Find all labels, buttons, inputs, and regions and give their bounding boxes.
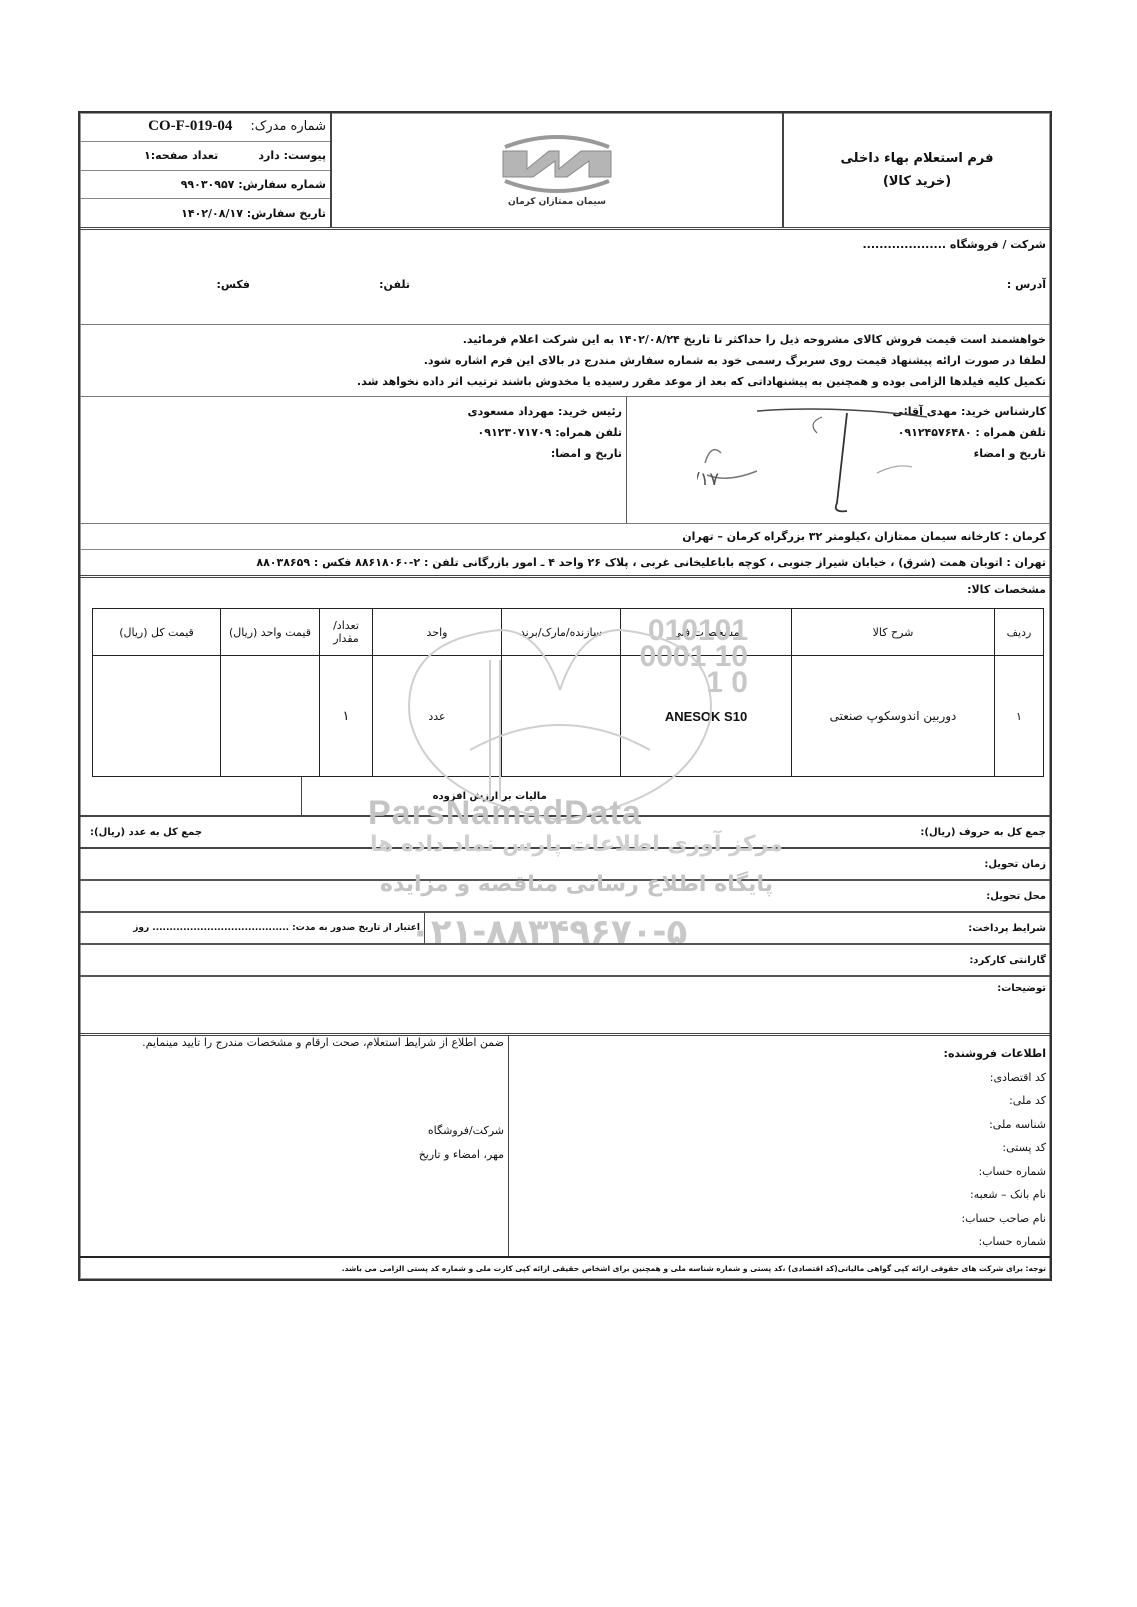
form-title: فرم استعلام بهاء داخلی (خرید کالا) (782, 113, 1050, 227)
seller-field-postal-code[interactable]: کد پستی: (513, 1136, 1046, 1160)
document-meta: شماره مدرک: CO-F-019-04 پیوست: دارد تعدا… (80, 113, 330, 227)
inquiry-form: فرم استعلام بهاء داخلی (خرید کالا) سیمان… (78, 111, 1052, 1281)
title-line-1: فرم استعلام بهاء داخلی (841, 151, 994, 166)
description[interactable]: توضیحات: (80, 977, 1050, 1036)
cell-brand[interactable] (502, 656, 621, 777)
seller-info: اطلاعات فروشنده: کد اقتصادی: کد ملی: شنا… (509, 1036, 1050, 1256)
instructions: خواهشمند است قیمت فروش کالای مشروحه ذیل … (80, 325, 1050, 397)
delivery-time[interactable]: زمان تحویل: (80, 849, 1050, 881)
payment-terms[interactable]: شرایط پرداخت: (425, 923, 1050, 934)
doc-number-label: شماره مدرک: (250, 119, 326, 134)
doc-number: CO-F-019-04 (148, 118, 232, 135)
cell-description: دوربین اندوسکوپ صنعتی (792, 656, 995, 777)
vendor-phone[interactable]: تلفن: (379, 276, 410, 294)
seller-info-title: اطلاعات فروشنده: (513, 1042, 1046, 1066)
instruction-line: تکمیل کلیه فیلدها الزامی بوده و همچنین ب… (84, 371, 1046, 392)
col-row: ردیف (995, 609, 1044, 656)
col-qty: تعداد/مقدار (320, 609, 373, 656)
col-total-price: قیمت کل (ریال) (93, 609, 221, 656)
footnote: توجه: برای شرکت های حقوقی ارائه کپی گواه… (80, 1258, 1050, 1279)
table-row: ۱ دوربین اندوسکوپ صنعتی ANESOK S10 عدد ۱ (93, 656, 1044, 777)
vendor-address[interactable]: آدرس : (1007, 276, 1046, 294)
cell-qty: ۱ (320, 656, 373, 777)
order-date: تاریخ سفارش: ۱۴۰۲/۰۸/۱۷ (80, 199, 330, 227)
purchase-head-name: رئیس خرید: مهرداد مسعودی (468, 401, 622, 422)
order-number: شماره سفارش: ۹۹۰۳۰۹۵۷ (80, 171, 330, 200)
form-header: فرم استعلام بهاء داخلی (خرید کالا) سیمان… (80, 113, 1050, 230)
vendor-company[interactable]: شرکت / فروشگاه .................... (862, 236, 1046, 254)
validity-period[interactable]: اعتبار از تاریخ صدور به مدت: ...........… (80, 913, 425, 943)
kerman-address: کرمان : کارخانه سیمان ممتازان ،کیلومتر ۳… (80, 524, 1050, 550)
seller-field-economic-code[interactable]: کد اقتصادی: (513, 1066, 1046, 1090)
instruction-line: لطفا در صورت ارائه پیشنهاد قیمت روی سربر… (84, 350, 1046, 371)
cell-spec: ANESOK S10 (621, 656, 792, 777)
logo-icon (497, 133, 617, 195)
warranty[interactable]: گارانتی کارکرد: (80, 945, 1050, 977)
total-in-numbers[interactable]: جمع کل به عدد (ریال): (80, 827, 340, 838)
seller-field-account-holder[interactable]: نام صاحب حساب: (513, 1207, 1046, 1231)
seller-section: اطلاعات فروشنده: کد اقتصادی: کد ملی: شنا… (80, 1036, 1050, 1258)
items-label: مشخصات کالا: (80, 578, 1050, 608)
confirm-text: ضمن اطلاع از شرایط استعلام، صحت ارقام و … (142, 1036, 504, 1049)
vat-row: مالیات بر ارزش افزوده (80, 777, 1050, 817)
seller-field-national-id[interactable]: شناسه ملی: (513, 1113, 1046, 1137)
company-logo: سیمان ممتازان کرمان (330, 113, 782, 227)
signature-icon: ۱۴۰۲/۸/۱۷ (697, 403, 937, 513)
buyer-expert: کارشناس خرید: مهدی آقائی تلفن همراه : ۰۹… (626, 397, 1050, 523)
attachment-row: پیوست: دارد تعداد صفحه:۱ (80, 142, 330, 171)
col-unit-price: قیمت واحد (ریال) (221, 609, 320, 656)
page-count: تعداد صفحه:۱ (144, 149, 218, 162)
tehran-address: تهران : اتوبان همت (شرق) ، خیابان شیراز … (80, 550, 1050, 578)
col-brand: سازنده/مارک/برند (502, 609, 621, 656)
purchase-head: رئیس خرید: مهرداد مسعودی تلفن همراه: ۰۹۱… (464, 397, 626, 523)
contacts-section: کارشناس خرید: مهدی آقائی تلفن همراه : ۰۹… (80, 397, 1050, 524)
instruction-line: خواهشمند است قیمت فروش کالای مشروحه ذیل … (84, 329, 1046, 350)
delivery-place[interactable]: محل تحویل: (80, 881, 1050, 913)
cell-unit-price[interactable] (221, 656, 320, 777)
purchase-head-sign-label: تاریخ و امضا: (468, 443, 622, 464)
col-description: شرح کالا (792, 609, 995, 656)
logo-caption: سیمان ممتازان کرمان (508, 197, 606, 207)
total-in-words[interactable]: جمع کل به حروف (ریال): (340, 827, 1050, 838)
seller-field-bank-branch[interactable]: نام بانک – شعبه: (513, 1183, 1046, 1207)
attachment: پیوست: دارد (258, 149, 326, 162)
stamp-sign-date-label[interactable]: مهر، امضاء و تاریخ (419, 1148, 504, 1161)
col-unit: واحد (373, 609, 502, 656)
cell-total-price[interactable] (93, 656, 221, 777)
vat-value[interactable] (80, 777, 301, 815)
seller-company-label: شرکت/فروشگاه (428, 1124, 504, 1137)
seller-field-account-number-2[interactable]: شماره حساب: (513, 1230, 1046, 1254)
vat-label: مالیات بر ارزش افزوده (301, 777, 677, 815)
seller-field-national-code[interactable]: کد ملی: (513, 1089, 1046, 1113)
payment-row: شرایط پرداخت: اعتبار از تاریخ صدور به مد… (80, 913, 1050, 945)
vendor-fax[interactable]: فکس: (216, 276, 250, 294)
title-line-2: (خرید کالا) (883, 174, 951, 189)
vendor-section: شرکت / فروشگاه .................... آدرس… (80, 230, 1050, 325)
purchase-head-mobile: تلفن همراه: ۰۹۱۲۳۰۷۱۷۰۹ (468, 422, 622, 443)
cell-row: ۱ (995, 656, 1044, 777)
seller-field-account-number[interactable]: شماره حساب: (513, 1160, 1046, 1184)
totals-row: جمع کل به حروف (ریال): جمع کل به عدد (ری… (80, 817, 1050, 849)
col-spec: مشخصات فنی (621, 609, 792, 656)
doc-number-row: شماره مدرک: CO-F-019-04 (80, 113, 330, 142)
items-table: ردیف شرح کالا مشخصات فنی سازنده/مارک/برن… (92, 608, 1044, 777)
cell-unit: عدد (373, 656, 502, 777)
seller-confirmation: ضمن اطلاع از شرایط استعلام، صحت ارقام و … (80, 1036, 509, 1256)
svg-text:۱۴۰۲/۸/۱۷: ۱۴۰۲/۸/۱۷ (697, 469, 719, 490)
